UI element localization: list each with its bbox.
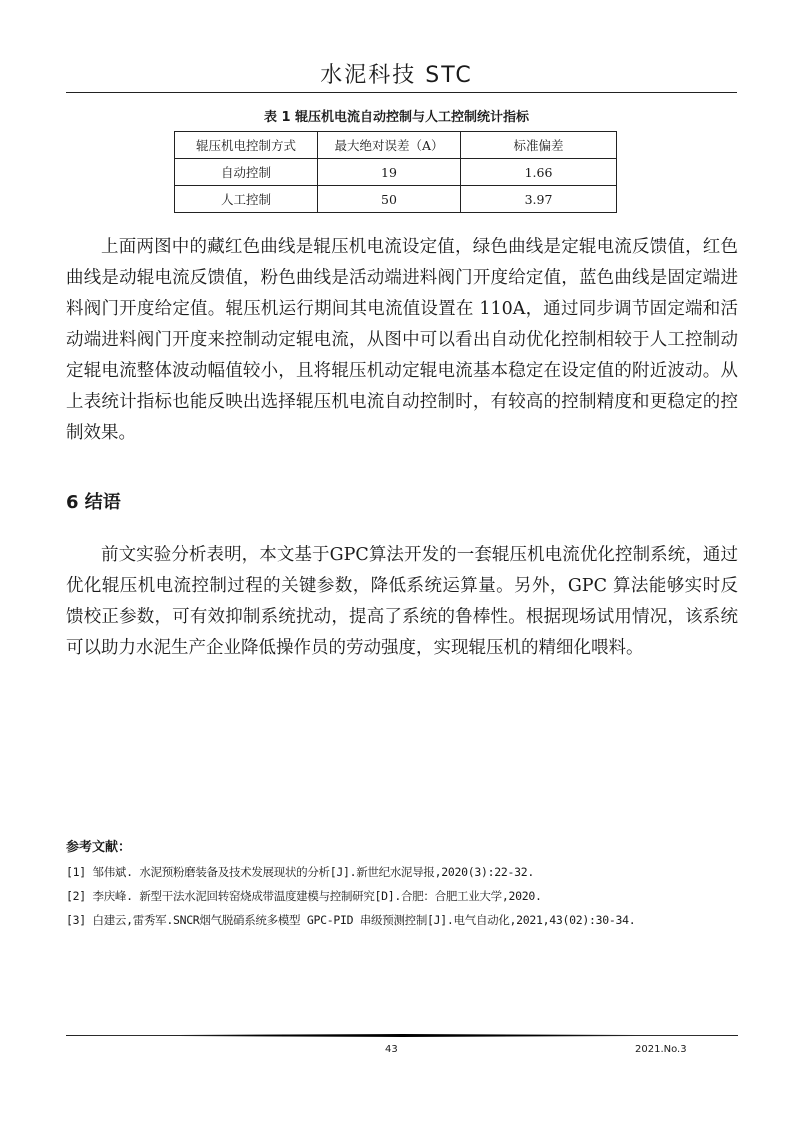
body-paragraph: 前文实验分析表明，本文基于GPC算法开发的一套辊压机电流优化控制系统，通过优化辊… — [66, 540, 738, 664]
table-cell: 自动控制 — [175, 159, 318, 186]
reference-item: [2] 李庆峰. 新型干法水泥回转窑烧成带温度建模与控制研究[D].合肥：合肥工… — [66, 884, 746, 908]
table-cell: 19 — [318, 159, 461, 186]
header-divider — [66, 92, 737, 93]
table-cell: 3.97 — [461, 186, 617, 213]
reference-item: [1] 邹伟斌. 水泥预粉磨装备及技术发展现状的分析[J].新世纪水泥导报,20… — [66, 860, 746, 884]
issue-label: 2021.No.3 — [635, 1044, 687, 1055]
table-cell: 1.66 — [461, 159, 617, 186]
statistics-table: 辊压机电控制方式 最大绝对误差（A） 标准偏差 自动控制 19 1.66 人工控… — [174, 131, 617, 213]
table-row: 自动控制 19 1.66 — [175, 159, 617, 186]
table-header-cell: 辊压机电控制方式 — [175, 132, 318, 159]
page-number: 43 — [385, 1044, 398, 1055]
section-heading: 6 结语 — [66, 488, 121, 514]
table-header-row: 辊压机电控制方式 最大绝对误差（A） 标准偏差 — [175, 132, 617, 159]
table-caption: 表 1 辊压机电流自动控制与人工控制统计指标 — [0, 106, 793, 125]
table-cell: 人工控制 — [175, 186, 318, 213]
table-header-cell: 标准偏差 — [461, 132, 617, 159]
references-heading: 参考文献： — [66, 836, 131, 855]
references-list: [1] 邹伟斌. 水泥预粉磨装备及技术发展现状的分析[J].新世纪水泥导报,20… — [66, 860, 746, 932]
body-paragraph: 上面两图中的藏红色曲线是辊压机电流设定值，绿色曲线是定辊电流反馈值，红色曲线是动… — [66, 232, 738, 449]
table-header-cell: 最大绝对误差（A） — [318, 132, 461, 159]
reference-item: [3] 白建云,雷秀军.SNCR烟气脱硝系统多模型 GPC-PID 串级预测控制… — [66, 908, 746, 932]
table-cell: 50 — [318, 186, 461, 213]
table-row: 人工控制 50 3.97 — [175, 186, 617, 213]
journal-title: 水泥科技 STC — [0, 58, 793, 89]
